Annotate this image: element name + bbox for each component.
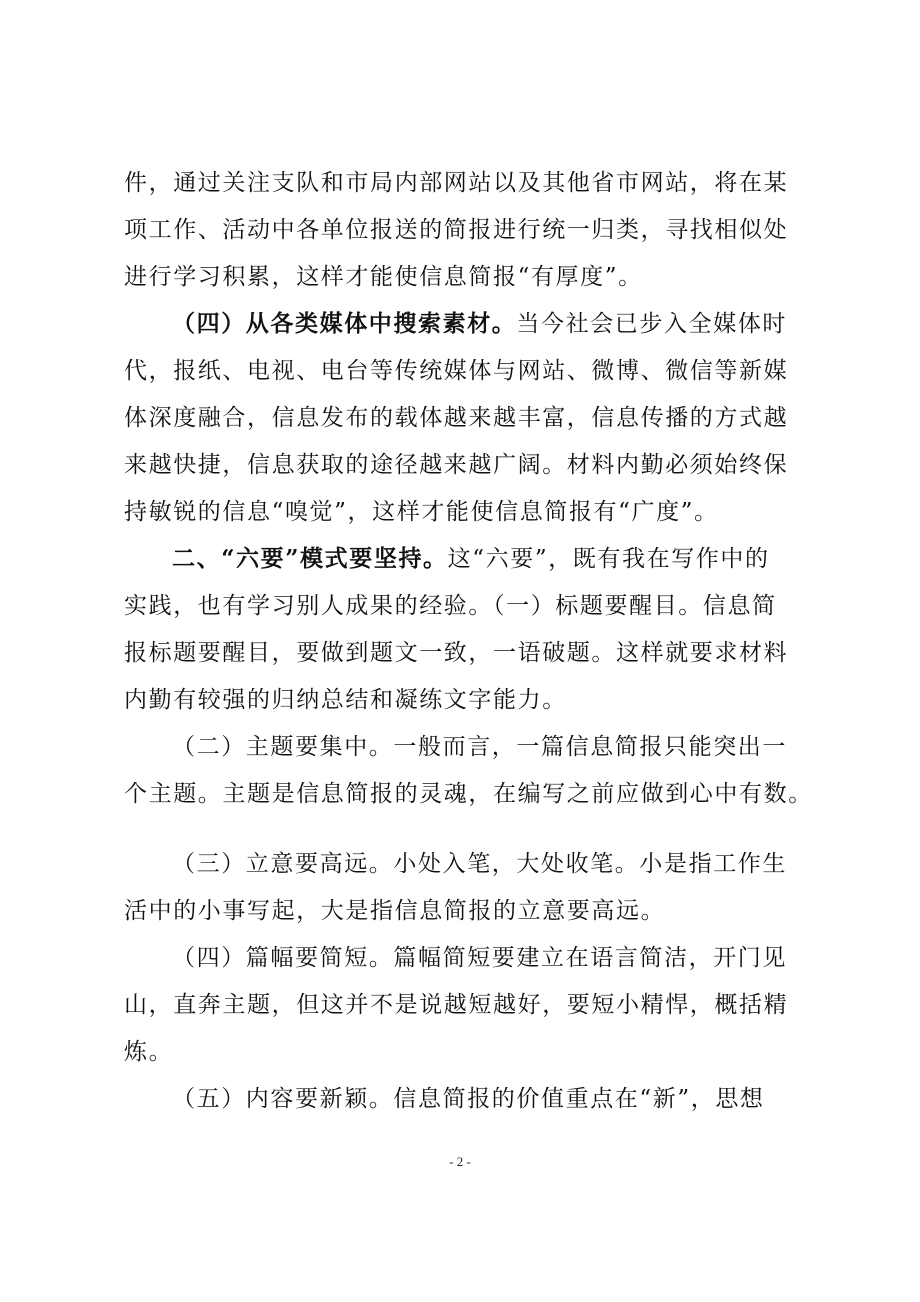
line-text: 活中的小事写起，大是指信息简报的立意要高远。 (124, 898, 665, 924)
line-text: （二）主题要集中。一般而言，一篇信息简报只能突出一 (172, 734, 787, 760)
text-line: （二）主题要集中。一般而言，一篇信息简报只能突出一 (172, 732, 787, 762)
line-text: 来越快捷，信息获取的途径越来越广阔。材料内勤必须始终保 (124, 452, 788, 478)
line-text: 代，报纸、电视、电台等传统媒体与网站、微博、微信等新媒 (124, 358, 788, 384)
text-line: （四）篇幅要简短。篇幅简短要建立在语言简洁，开门见 (172, 943, 787, 973)
line-text: 当今社会已步入全媒体时 (516, 311, 787, 337)
line-text: 进行学习积累，这样才能使信息简报“有厚度”。 (124, 264, 643, 290)
line-text: 实践，也有学习别人成果的经验。（一）标题要醒目。信息简 (124, 593, 777, 619)
line-text: 炼。 (124, 1039, 173, 1065)
line-text: 持敏锐的信息“嗅觉”，这样才能使信息简报有“广度”。 (124, 499, 719, 525)
text-line: 体深度融合，信息发布的载体越来越丰富，信息传播的方式越 (124, 403, 788, 433)
line-text: 件，通过关注支队和市局内部网站以及其他省市网站，将在某 (124, 170, 788, 196)
text-line: 持敏锐的信息“嗅觉”，这样才能使信息简报有“广度”。 (124, 497, 719, 527)
text-line: 报标题要醒目，要做到题文一致，一语破题。这样就要求材料 (124, 638, 788, 668)
text-line: 活中的小事写起，大是指信息简报的立意要高远。 (124, 896, 665, 926)
line-text: 体深度融合，信息发布的载体越来越丰富，信息传播的方式越 (124, 405, 788, 431)
line-text: 山，直奔主题，但这并不是说越短越好，要短小精悍，概括精 (124, 992, 788, 1018)
text-line: 来越快捷，信息获取的途径越来越广阔。材料内勤必须始终保 (124, 450, 788, 480)
line-text: 内勤有较强的归纳总结和凝练文字能力。 (124, 687, 567, 713)
text-line: 实践，也有学习别人成果的经验。（一）标题要醒目。信息简 (124, 591, 777, 621)
section-heading: 二、“六要”模式要坚持。 (172, 545, 448, 572)
section-heading: （四）从各类媒体中搜索素材。 (172, 310, 516, 337)
text-line: （五）内容要新颖。信息简报的价值重点在“新”，思想 (172, 1084, 765, 1114)
text-line: 代，报纸、电视、电台等传统媒体与网站、微博、微信等新媒 (124, 356, 788, 386)
document-page: 件，通过关注支队和市局内部网站以及其他省市网站，将在某 项工作、活动中各单位报送… (0, 0, 920, 1302)
text-line: 进行学习积累，这样才能使信息简报“有厚度”。 (124, 262, 643, 292)
line-text: 这“六要”，既有我在写作中的 (448, 546, 770, 572)
text-line: 项工作、活动中各单位报送的简报进行统一归类，寻找相似处 (124, 215, 788, 245)
text-line: 个主题。主题是信息简报的灵魂，在编写之前应做到心中有数。 (124, 779, 813, 809)
line-text: （四）篇幅要简短。篇幅简短要建立在语言简洁，开门见 (172, 945, 787, 971)
page-number: - 2 - (0, 1154, 920, 1170)
line-text: 个主题。主题是信息简报的灵魂，在编写之前应做到心中有数。 (124, 781, 813, 807)
text-line: 内勤有较强的归纳总结和凝练文字能力。 (124, 685, 567, 715)
line-text: 报标题要醒目，要做到题文一致，一语破题。这样就要求材料 (124, 640, 788, 666)
line-text: （五）内容要新颖。信息简报的价值重点在“新”，思想 (172, 1086, 765, 1112)
text-line: 件，通过关注支队和市局内部网站以及其他省市网站，将在某 (124, 168, 788, 198)
line-text: 项工作、活动中各单位报送的简报进行统一归类，寻找相似处 (124, 217, 788, 243)
line-text: （三）立意要高远。小处入笔，大处收笔。小是指工作生 (172, 851, 787, 877)
text-line: 炼。 (124, 1037, 173, 1067)
text-line: （三）立意要高远。小处入笔，大处收笔。小是指工作生 (172, 849, 787, 879)
paragraph-heading-line: （四）从各类媒体中搜索素材。当今社会已步入全媒体时 (172, 309, 787, 339)
text-line: 山，直奔主题，但这并不是说越短越好，要短小精悍，概括精 (124, 990, 788, 1020)
paragraph-heading-line: 二、“六要”模式要坚持。这“六要”，既有我在写作中的 (172, 544, 770, 574)
